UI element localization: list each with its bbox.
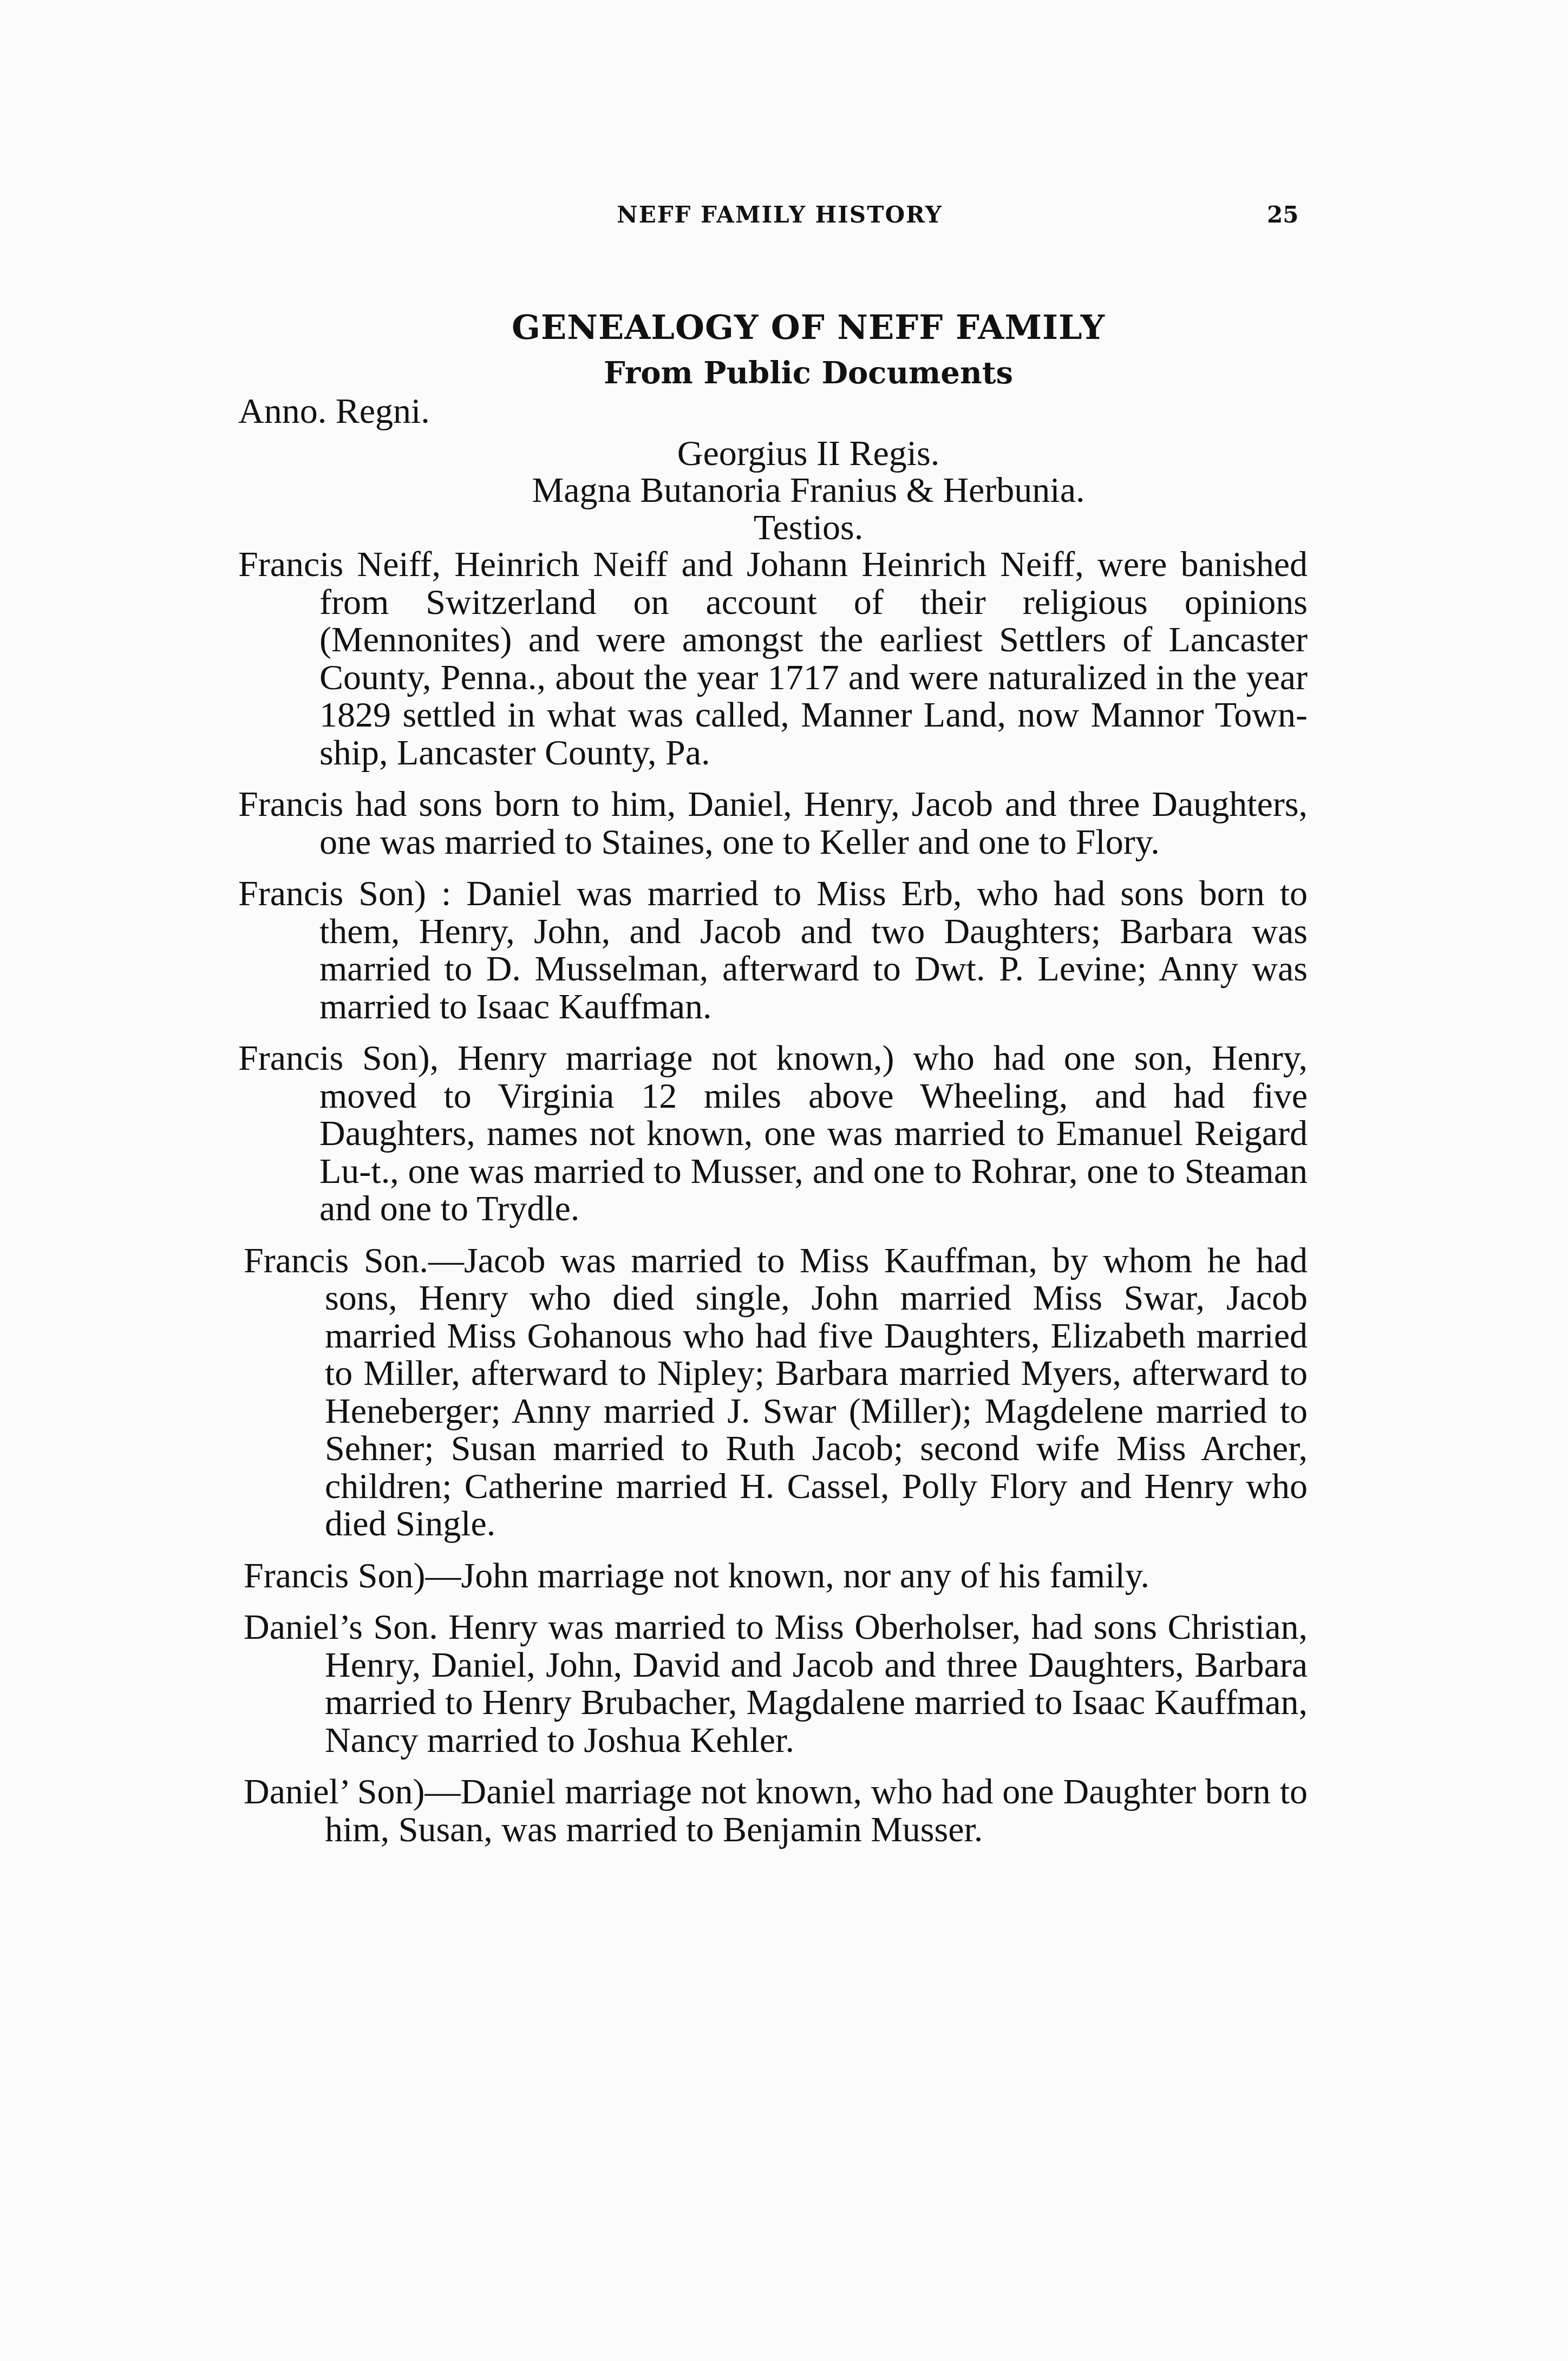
genealogy-entry: Francis Son), Henry marriage not known,)…	[238, 1039, 1308, 1228]
genealogy-entry: Francis had sons born to him, Daniel, He…	[238, 786, 1308, 861]
genealogy-body: Francis Neiff, Heinrich Neiff and Johann…	[238, 546, 1308, 1862]
genealogy-entry: Francis Son.—Jacob was married to Miss K…	[244, 1242, 1308, 1543]
genealogy-entry: Daniel’ Son)—Daniel marriage not known, …	[244, 1773, 1308, 1848]
page-number: 25	[1267, 201, 1298, 228]
preamble-line: Magna Butanoria Franius & Herbunia.	[0, 470, 1568, 511]
preamble-line: Georgius II Regis.	[0, 433, 1568, 474]
anno-regni: Anno. Regni.	[238, 391, 430, 432]
page-subtitle: From Public Documents	[0, 355, 1568, 391]
genealogy-entry: Francis Son)—John marriage not known, no…	[244, 1557, 1308, 1595]
genealogy-entry: Francis Son) : Daniel was married to Mis…	[238, 875, 1308, 1025]
page-title: GENEALOGY OF NEFF FAMILY	[0, 308, 1568, 347]
running-head: NEFF FAMILY HISTORY	[574, 201, 985, 228]
genealogy-entry: Francis Neiff, Heinrich Neiff and Johann…	[238, 546, 1308, 771]
preamble-line: Testios.	[0, 507, 1568, 548]
genealogy-entry: Daniel’s Son. Henry was married to Miss …	[244, 1608, 1308, 1759]
